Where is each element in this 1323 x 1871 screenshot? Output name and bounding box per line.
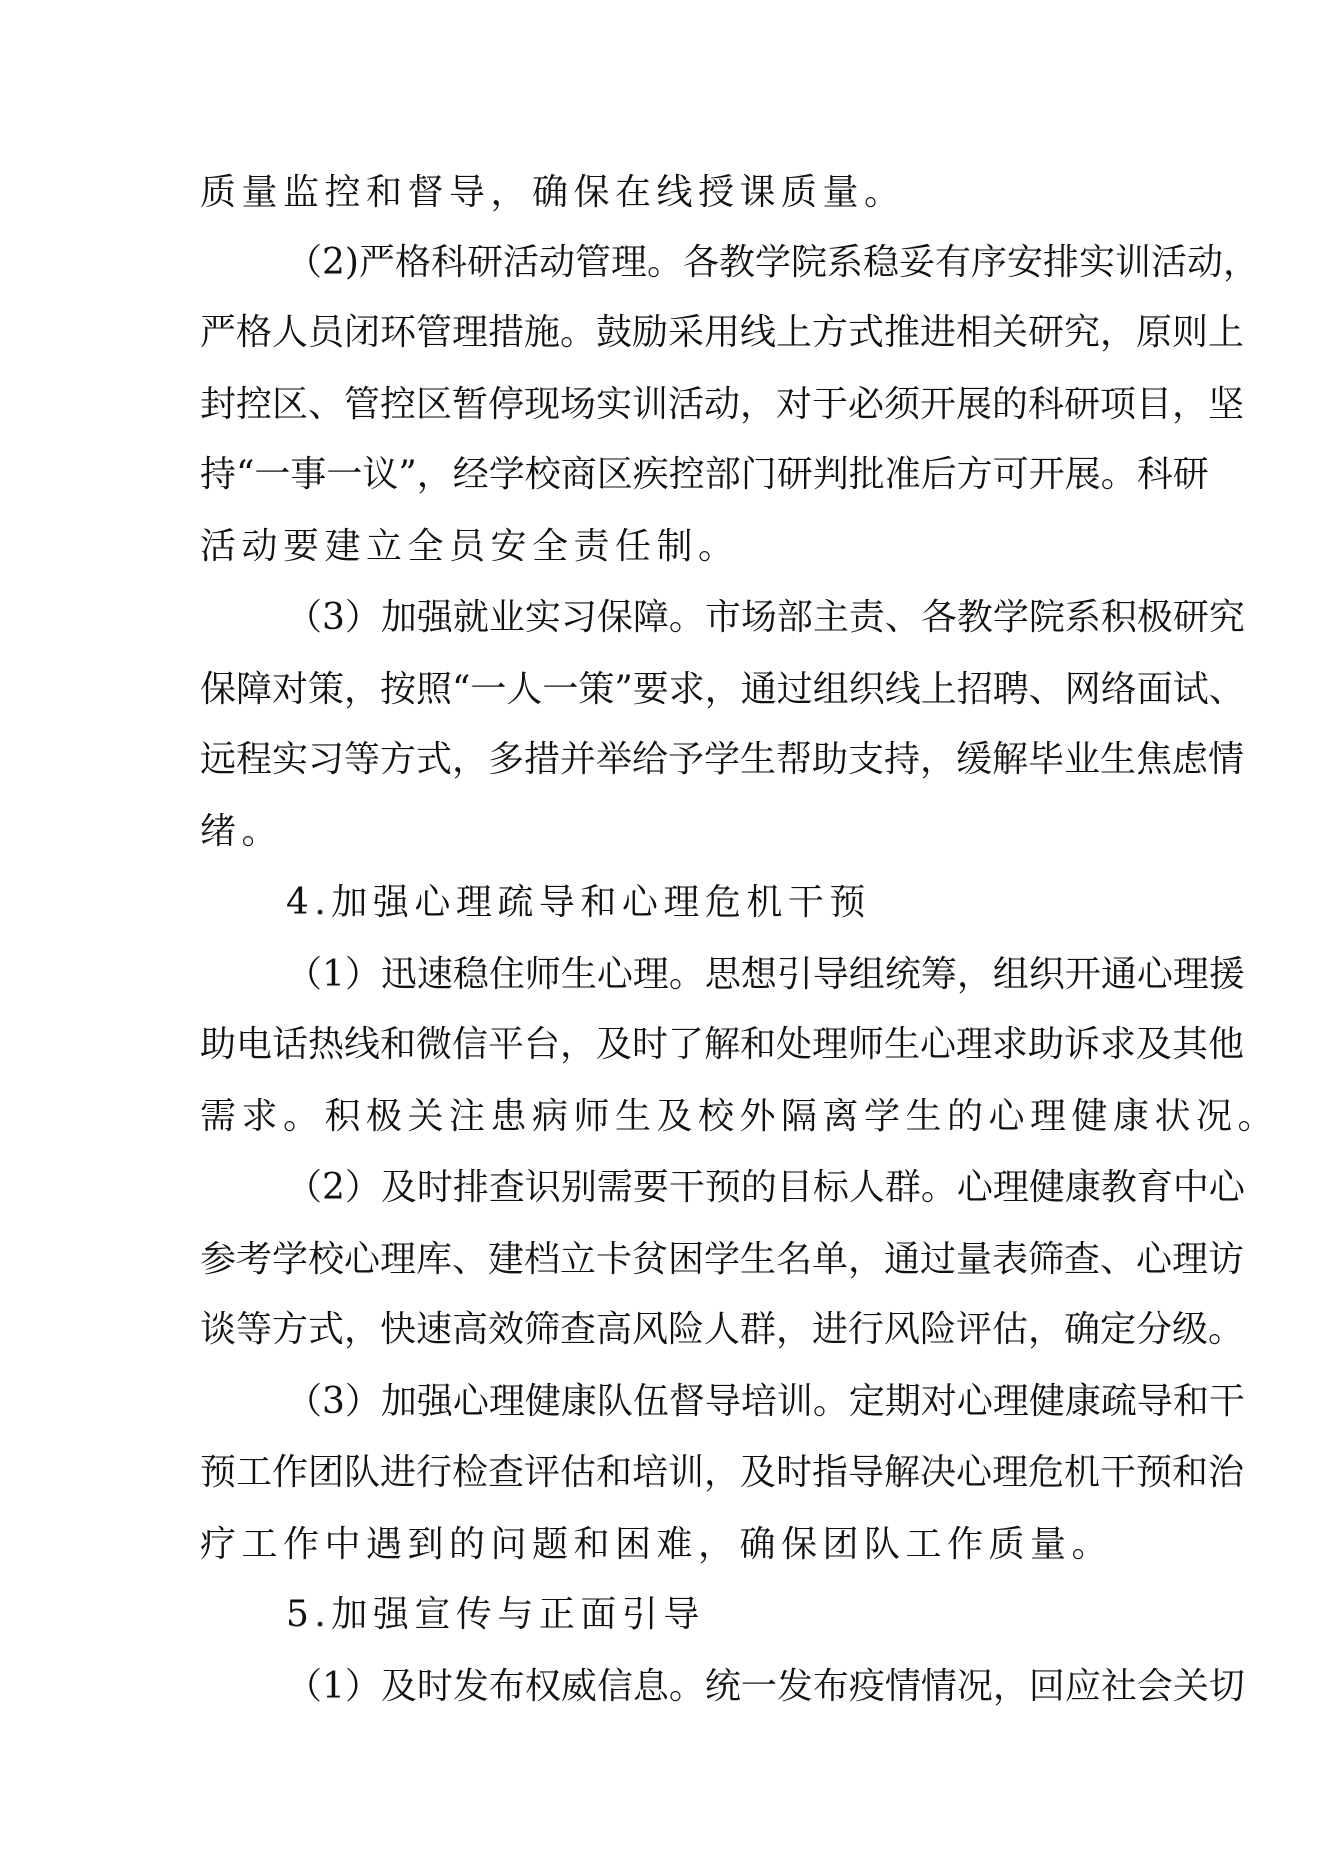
- body-text-line: 严格人员闭环管理措施。鼓励采用线上方式推进相关研究，原则上: [200, 310, 1155, 356]
- paragraph-4-1-start: （1）迅速稳住师生心理。思想引导组统筹，组织开通心理援: [286, 952, 1155, 998]
- paragraph-4-2-start: （2）及时排查识别需要干预的目标人群。心理健康教育中心: [286, 1165, 1155, 1211]
- body-text-line: 持“一事一议”，经学校商区疾控部门研判批准后方可开展。科研: [200, 452, 1155, 498]
- body-text-line: 活动要建立全员安全责任制。: [200, 524, 1155, 570]
- section-heading-4: 4.加强心理疏导和心理危机干预: [286, 880, 871, 926]
- paragraph-5-1-start: （1）及时发布权威信息。统一发布疫情情况，回应社会关切: [286, 1664, 1155, 1710]
- section-heading-5: 5.加强宣传与正面引导: [286, 1592, 705, 1638]
- body-text-line: 预工作团队进行检查评估和培训，及时指导解决心理危机干预和治: [200, 1450, 1155, 1496]
- document-page: 质量监控和督导，确保在线授课质量。 （2)严格科研活动管理。各教学院系稳妥有序安…: [0, 0, 1323, 1871]
- body-text-line: 谈等方式，快速高效筛查高风险人群，进行风险评估，确定分级。: [200, 1307, 1155, 1353]
- body-text-line: 疗工作中遇到的问题和困难，确保团队工作质量。: [200, 1522, 1155, 1568]
- body-text-line: 封控区、管控区暂停现场实训活动，对于必须开展的科研项目，坚: [200, 382, 1155, 428]
- body-text-line: 参考学校心理库、建档立卡贫困学生名单，通过量表筛查、心理访: [200, 1237, 1155, 1283]
- body-text-line: 质量监控和督导，确保在线授课质量。: [200, 170, 1155, 216]
- body-text-line: 助电话热线和微信平台，及时了解和处理师生心理求助诉求及其他: [200, 1022, 1155, 1068]
- paragraph-4-3-start: （3）加强心理健康队伍督导培训。定期对心理健康疏导和干: [286, 1379, 1155, 1425]
- body-text-line: 保障对策，按照“一人一策”要求，通过组织线上招聘、网络面试、: [200, 667, 1155, 713]
- body-text-line: 远程实习等方式，多措并举给予学生帮助支持，缓解毕业生焦虑情: [200, 737, 1155, 783]
- body-text-line: 绪。: [200, 809, 1155, 855]
- paragraph-3-start: （3）加强就业实习保障。市场部主责、各教学院系积极研究: [286, 595, 1155, 641]
- paragraph-2-start: （2)严格科研活动管理。各教学院系稳妥有序安排实训活动，: [286, 240, 1155, 286]
- body-text-line: 需求。积极关注患病师生及校外隔离学生的心理健康状况。: [200, 1094, 1155, 1140]
